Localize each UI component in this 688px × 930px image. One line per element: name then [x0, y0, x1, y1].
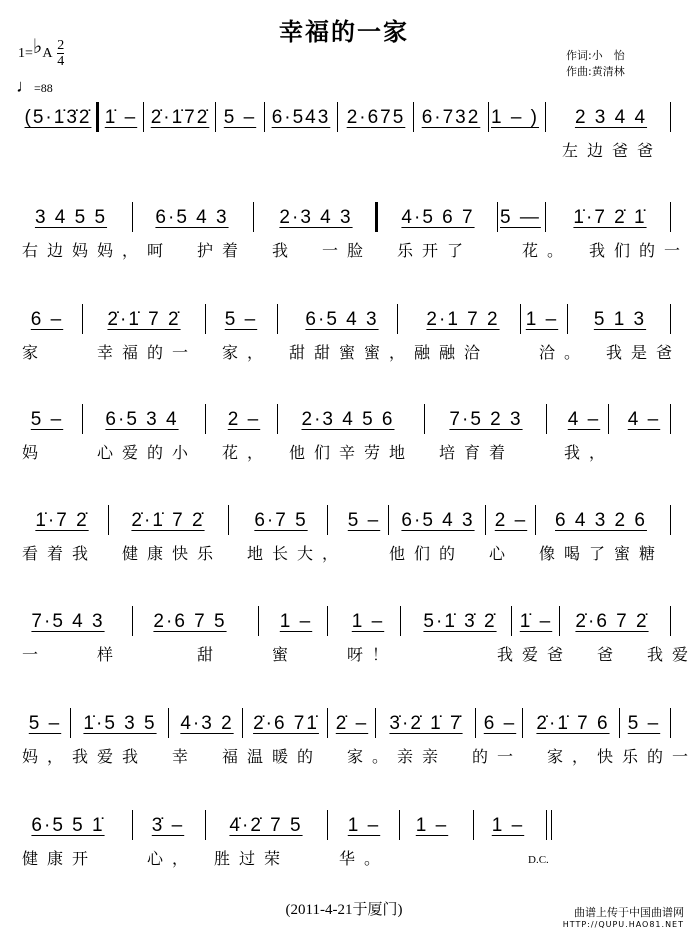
- key-signature: 1=♭A 2 4: [18, 38, 64, 69]
- lyrics-line: 家 幸福的一 家， 甜甜蜜蜜，融融洽 洽。 我是爸: [0, 340, 688, 364]
- measure-notes: 4̇·2̇ 7 5: [229, 815, 302, 837]
- measure: 5 –: [340, 503, 388, 539]
- measure-notes: 3̇ –: [152, 815, 184, 837]
- measure: 1̇·7 2̇ 1̇: [560, 200, 660, 236]
- measure: 3 4 5 5: [22, 200, 120, 236]
- measure-notes: 6·5 4 3: [305, 309, 378, 331]
- lyrics-line: 右边妈妈，呵 护着 我 一脸 乐开了 花。 我们的一: [0, 238, 688, 262]
- measure-notes: 3 4 5 5: [35, 207, 107, 229]
- lyric-text: 一 样 甜 蜜 呀！ 我爱爸 爸 我爱妈: [22, 642, 688, 665]
- score-row: 5 –6·5 3 42 –2·3 4 5 67·5 2 34 –4 –妈 心爱的…: [0, 402, 688, 482]
- barline: [670, 708, 671, 738]
- time-denominator: 4: [57, 54, 64, 69]
- measure-notes: 1 –: [416, 815, 448, 837]
- measure-notes: 4 –: [628, 409, 660, 431]
- flat-icon: ♭: [33, 36, 42, 58]
- barline: [485, 505, 486, 535]
- measure: 5 –: [218, 100, 262, 136]
- barline: [545, 102, 546, 132]
- measure-notes: 6 –: [484, 713, 516, 735]
- notes-line: (5·1̇3̇2̇1̇ –2̇·1̇72̇5 –6·5432·6756·7321…: [0, 100, 688, 140]
- measure: 1 –: [522, 302, 562, 338]
- barline: [670, 505, 671, 535]
- measure: 2 3 4 4: [556, 100, 666, 136]
- measure-notes: 4 –: [568, 409, 600, 431]
- notes-line: 5 –1̇·5 3 54·3 22̇·6 71̇2̇ –3̇·2̇ 1̇ 7̇6…: [0, 706, 688, 746]
- barline: [258, 606, 259, 636]
- measure-notes: 5 –: [31, 409, 63, 431]
- measure: 1 –: [340, 604, 396, 640]
- barline: [132, 810, 133, 840]
- measure: 6·543: [266, 100, 336, 136]
- barline: [520, 304, 521, 334]
- key-note: A: [42, 46, 51, 61]
- measure-notes: 7·5 4 3: [31, 611, 104, 633]
- score-row: 7·5 4 32·6 7 51 –1 –5·1̇ 3̇ 2̇1̇ –2̇·6 7…: [0, 604, 688, 684]
- barline: [475, 708, 476, 738]
- measure-notes: 5 –: [224, 107, 256, 129]
- measure-notes: 5 –: [29, 713, 61, 735]
- measure: 3̇ –: [140, 808, 196, 844]
- score-row: 6·5 5 1̇3̇ –4̇·2̇ 7 51 –1 –1 –健康开 心， 胜过荣…: [0, 808, 688, 888]
- barline: [511, 606, 512, 636]
- barline: [670, 202, 671, 232]
- measure-notes: 2·675: [347, 107, 406, 129]
- barline: [143, 102, 144, 132]
- measure: 6·732: [416, 100, 486, 136]
- lyric-text: 妈 心爱的小 花， 他们辛劳地 培育着 我，: [22, 440, 614, 463]
- measure-notes: 1 – ): [491, 107, 539, 129]
- measure: 6 4 3 2 6: [538, 503, 664, 539]
- barline: [70, 708, 71, 738]
- measure: 6·5 4 3: [392, 503, 484, 539]
- notes-line: 3 4 5 56·5 4 32·3 4 34·5 6 75 —1̇·7 2̇ 1…: [0, 200, 688, 240]
- time-signature: 2 4: [57, 38, 64, 69]
- measure: 7·5 4 3: [22, 604, 114, 640]
- measure: 2̇·1̇ 7 6: [526, 706, 620, 742]
- measure: 2̇ –: [330, 706, 374, 742]
- tempo-marking: ♩=88: [16, 76, 53, 97]
- quarter-note-icon: ♩: [16, 76, 34, 96]
- measure-notes: (5·1̇3̇2̇: [25, 107, 92, 129]
- measure: 6 –: [22, 302, 72, 338]
- measure-notes: 2·1 7 2: [426, 309, 499, 331]
- lyric-text: 右边妈妈，呵 护着 我 一脸 乐开了 花。 我们的一: [22, 238, 688, 261]
- measure-notes: 1 –: [492, 815, 524, 837]
- barline: [253, 202, 254, 232]
- barline: [327, 708, 328, 738]
- barline: [168, 708, 169, 738]
- measure: 2 –: [488, 503, 534, 539]
- measure-notes: 1̇ –: [105, 107, 137, 129]
- measure-notes: 2·6 7 5: [153, 611, 226, 633]
- barline: [108, 505, 109, 535]
- barline: [670, 102, 671, 132]
- lyrics-line: 看着我 健康快乐 地长大， 他们的 心 像喝了蜜糖: [0, 541, 688, 565]
- measure-notes: 2 –: [228, 409, 260, 431]
- barline: [608, 404, 609, 434]
- measure-notes: 6·5 4 3: [401, 510, 474, 532]
- measure-notes: 5 –: [225, 309, 257, 331]
- barline: [473, 810, 474, 840]
- measure: 5 –: [622, 706, 666, 742]
- measure: 1 –: [268, 604, 324, 640]
- barline: [327, 810, 328, 840]
- barline: [327, 606, 328, 636]
- lyric-text: 家 幸福的一 家， 甜甜蜜蜜，融融洽 洽。 我是爸: [22, 340, 681, 363]
- measure: 4·3 2: [172, 706, 242, 742]
- measure-notes: 2·3 4 3: [279, 207, 352, 229]
- barline: [522, 708, 523, 738]
- barline: [670, 606, 671, 636]
- measure-notes: 5 —: [500, 207, 541, 229]
- composer: 作曲:黄清林: [566, 64, 625, 80]
- measure: 2̇·6 71̇: [244, 706, 328, 742]
- song-title: 幸福的一家: [0, 12, 688, 47]
- measure: 1̇ –: [100, 100, 142, 136]
- measure-notes: 2̇·6 71̇: [253, 713, 319, 735]
- final-barline: [546, 810, 552, 840]
- barline: [399, 810, 400, 840]
- lyrics-line: 健康开 心， 胜过荣 华。: [0, 846, 688, 870]
- measure: 2·3 4 5 6: [288, 402, 408, 438]
- measure: 4·5 6 7: [388, 200, 488, 236]
- measure-notes: 6·732: [422, 107, 481, 129]
- measure: 2̇·6 7 2̇: [562, 604, 662, 640]
- measure-notes: 5 –: [348, 510, 380, 532]
- barline: [337, 102, 338, 132]
- lyrics-line: 妈，我爱我 幸 福温暖的 家。亲亲 的一 家，快乐的一家，: [0, 744, 688, 768]
- barline: [497, 202, 498, 232]
- measure: 6·5 4 3: [292, 302, 392, 338]
- score-row: 6 –2̇·1̇ 7 2̇5 –6·5 4 32·1 7 21 –5 1 3家 …: [0, 302, 688, 382]
- barline: [413, 102, 414, 132]
- measure-notes: 1̇ –: [520, 611, 552, 633]
- watermark: 曲谱上传于中国曲谱网 HTTP://QUPU.HAO81.NET: [563, 907, 684, 930]
- barline: [96, 102, 99, 132]
- measure-notes: 6·5 5 1̇: [31, 815, 104, 837]
- barline: [559, 606, 560, 636]
- da-capo-marking: D.C.: [528, 854, 549, 866]
- lyric-text: 看着我 健康快乐 地长大， 他们的 心 像喝了蜜糖: [22, 541, 664, 564]
- measure: 6·5 5 1̇: [22, 808, 114, 844]
- notes-line: 1̇·7 2̇2̇·1̇ 7 2̇6·7 55 –6·5 4 32 –6 4 3…: [0, 503, 688, 543]
- lyric-text: 健康开 心， 胜过荣 华。: [22, 846, 389, 869]
- barline: [424, 404, 425, 434]
- measure: 1̇ –: [514, 604, 558, 640]
- barline: [132, 606, 133, 636]
- measure-notes: 7·5 2 3: [449, 409, 522, 431]
- measure: 2·3 4 3: [262, 200, 370, 236]
- barline: [228, 505, 229, 535]
- measure-notes: 6 4 3 2 6: [555, 510, 647, 532]
- lyric-text: 左边爸爸: [562, 138, 662, 161]
- measure: 2̇·1̇ 7 2̇: [120, 503, 216, 539]
- measure: 5 1 3: [580, 302, 660, 338]
- barline: [545, 202, 546, 232]
- measure-notes: 5 –: [628, 713, 660, 735]
- notes-line: 5 –6·5 3 42 –2·3 4 5 67·5 2 34 –4 –: [0, 402, 688, 442]
- barline: [388, 505, 389, 535]
- barline: [277, 304, 278, 334]
- barline: [670, 404, 671, 434]
- notes-line: 6 –2̇·1̇ 7 2̇5 –6·5 4 32·1 7 21 –5 1 3: [0, 302, 688, 342]
- score-row: 5 –1̇·5 3 54·3 22̇·6 71̇2̇ –3̇·2̇ 1̇ 7̇6…: [0, 706, 688, 786]
- barline: [264, 102, 265, 132]
- measure: 2̇·1̇72̇: [146, 100, 214, 136]
- key-prefix: 1=: [18, 46, 33, 61]
- lyrics-line: 妈 心爱的小 花， 他们辛劳地 培育着 我，: [0, 440, 688, 464]
- measure: 6·7 5: [242, 503, 320, 539]
- measure-notes: 1̇·7 2̇ 1̇: [573, 207, 646, 229]
- barline: [215, 102, 216, 132]
- measure-notes: 6·7 5: [254, 510, 307, 532]
- measure-notes: 4·3 2: [180, 713, 233, 735]
- measure: 6·5 3 4: [96, 402, 188, 438]
- score-row: 1̇·7 2̇2̇·1̇ 7 2̇6·7 55 –6·5 4 32 –6 4 3…: [0, 503, 688, 583]
- barline: [375, 202, 378, 232]
- lyrics-line: 一 样 甜 蜜 呀！ 我爱爸 爸 我爱妈: [0, 642, 688, 666]
- measure-notes: 1 –: [526, 309, 558, 331]
- measure: (5·1̇3̇2̇: [18, 100, 98, 136]
- measure: 6 –: [478, 706, 522, 742]
- barline: [375, 708, 376, 738]
- barline: [82, 304, 83, 334]
- watermark-url: HTTP://QUPU.HAO81.NET: [563, 919, 684, 930]
- lyricist: 作词:小 怡: [566, 48, 625, 64]
- measure: 1 – ): [490, 100, 540, 136]
- notes-line: 6·5 5 1̇3̇ –4̇·2̇ 7 51 –1 –1 –: [0, 808, 688, 848]
- measure-notes: 5 1 3: [594, 309, 646, 331]
- lyric-text: 妈，我爱我 幸 福温暖的 家。亲亲 的一 家，快乐的一家，: [22, 744, 688, 767]
- measure-notes: 6·543: [272, 107, 331, 129]
- measure: 5 –: [22, 402, 72, 438]
- score-row: (5·1̇3̇2̇1̇ –2̇·1̇72̇5 –6·5432·6756·7321…: [0, 100, 688, 180]
- measure-notes: 6·5 4 3: [155, 207, 228, 229]
- measure-notes: 1̇·5 3 5: [83, 713, 156, 735]
- barline: [82, 404, 83, 434]
- measure-notes: 3̇·2̇ 1̇ 7̇: [389, 713, 462, 735]
- barline: [132, 202, 133, 232]
- measure-notes: 1̇·7 2̇: [35, 510, 88, 532]
- barline: [567, 304, 568, 334]
- barline: [535, 505, 536, 535]
- barline: [400, 606, 401, 636]
- measure: 7·5 2 3: [438, 402, 534, 438]
- measure: 1̇·5 3 5: [74, 706, 166, 742]
- measure-notes: 1 –: [348, 815, 380, 837]
- measure: 4 –: [560, 402, 608, 438]
- measure: 2·675: [340, 100, 412, 136]
- measure: 6·5 4 3: [142, 200, 242, 236]
- watermark-text: 曲谱上传于中国曲谱网: [563, 907, 684, 919]
- measure-notes: 2̇ –: [336, 713, 368, 735]
- measure-notes: 4·5 6 7: [401, 207, 474, 229]
- measure: 4 –: [620, 402, 668, 438]
- measure-notes: 6·5 3 4: [105, 409, 178, 431]
- barline: [242, 708, 243, 738]
- measure-notes: 2·3 4 5 6: [302, 409, 395, 431]
- measure: 5·1̇ 3̇ 2̇: [410, 604, 510, 640]
- measure: 1 –: [478, 808, 538, 844]
- measure: 1̇·7 2̇: [22, 503, 102, 539]
- lyrics-line: 左边爸爸: [0, 138, 688, 162]
- measure: 3̇·2̇ 1̇ 7̇: [378, 706, 474, 742]
- score-row: 3 4 5 56·5 4 32·3 4 34·5 6 75 —1̇·7 2̇ 1…: [0, 200, 688, 280]
- barline: [488, 102, 489, 132]
- measure-notes: 5·1̇ 3̇ 2̇: [423, 611, 496, 633]
- measure-notes: 2̇·6 7 2̇: [575, 611, 648, 633]
- measure: 5 –: [216, 302, 266, 338]
- barline: [397, 304, 398, 334]
- measure: 2 –: [216, 402, 272, 438]
- barline: [205, 404, 206, 434]
- measure-notes: 6 –: [31, 309, 63, 331]
- measure-notes: 2 3 4 4: [575, 107, 647, 129]
- measure: 2̇·1̇ 7 2̇: [96, 302, 192, 338]
- barline: [546, 404, 547, 434]
- barline: [277, 404, 278, 434]
- barline: [205, 304, 206, 334]
- tempo-value: =88: [34, 81, 53, 95]
- measure: 2·1 7 2: [410, 302, 516, 338]
- measure-notes: 2̇·1̇72̇: [151, 107, 210, 129]
- barline: [327, 505, 328, 535]
- measure: 1 –: [404, 808, 460, 844]
- measure: 5 —: [500, 200, 540, 236]
- measure: 4̇·2̇ 7 5: [218, 808, 314, 844]
- measure: 1 –: [336, 808, 392, 844]
- measure: 2·6 7 5: [142, 604, 238, 640]
- credits: 作词:小 怡 作曲:黄清林: [566, 48, 625, 80]
- measure-notes: 2 –: [495, 510, 527, 532]
- measure-notes: 1 –: [280, 611, 312, 633]
- measure-notes: 1 –: [352, 611, 384, 633]
- barline: [619, 708, 620, 738]
- measure-notes: 2̇·1̇ 7 6: [536, 713, 609, 735]
- barline: [205, 810, 206, 840]
- measure: 5 –: [22, 706, 68, 742]
- measure-notes: 2̇·1̇ 7 2̇: [107, 309, 180, 331]
- measure-notes: 2̇·1̇ 7 2̇: [131, 510, 204, 532]
- barline: [670, 304, 671, 334]
- notes-line: 7·5 4 32·6 7 51 –1 –5·1̇ 3̇ 2̇1̇ –2̇·6 7…: [0, 604, 688, 644]
- time-numerator: 2: [57, 38, 64, 54]
